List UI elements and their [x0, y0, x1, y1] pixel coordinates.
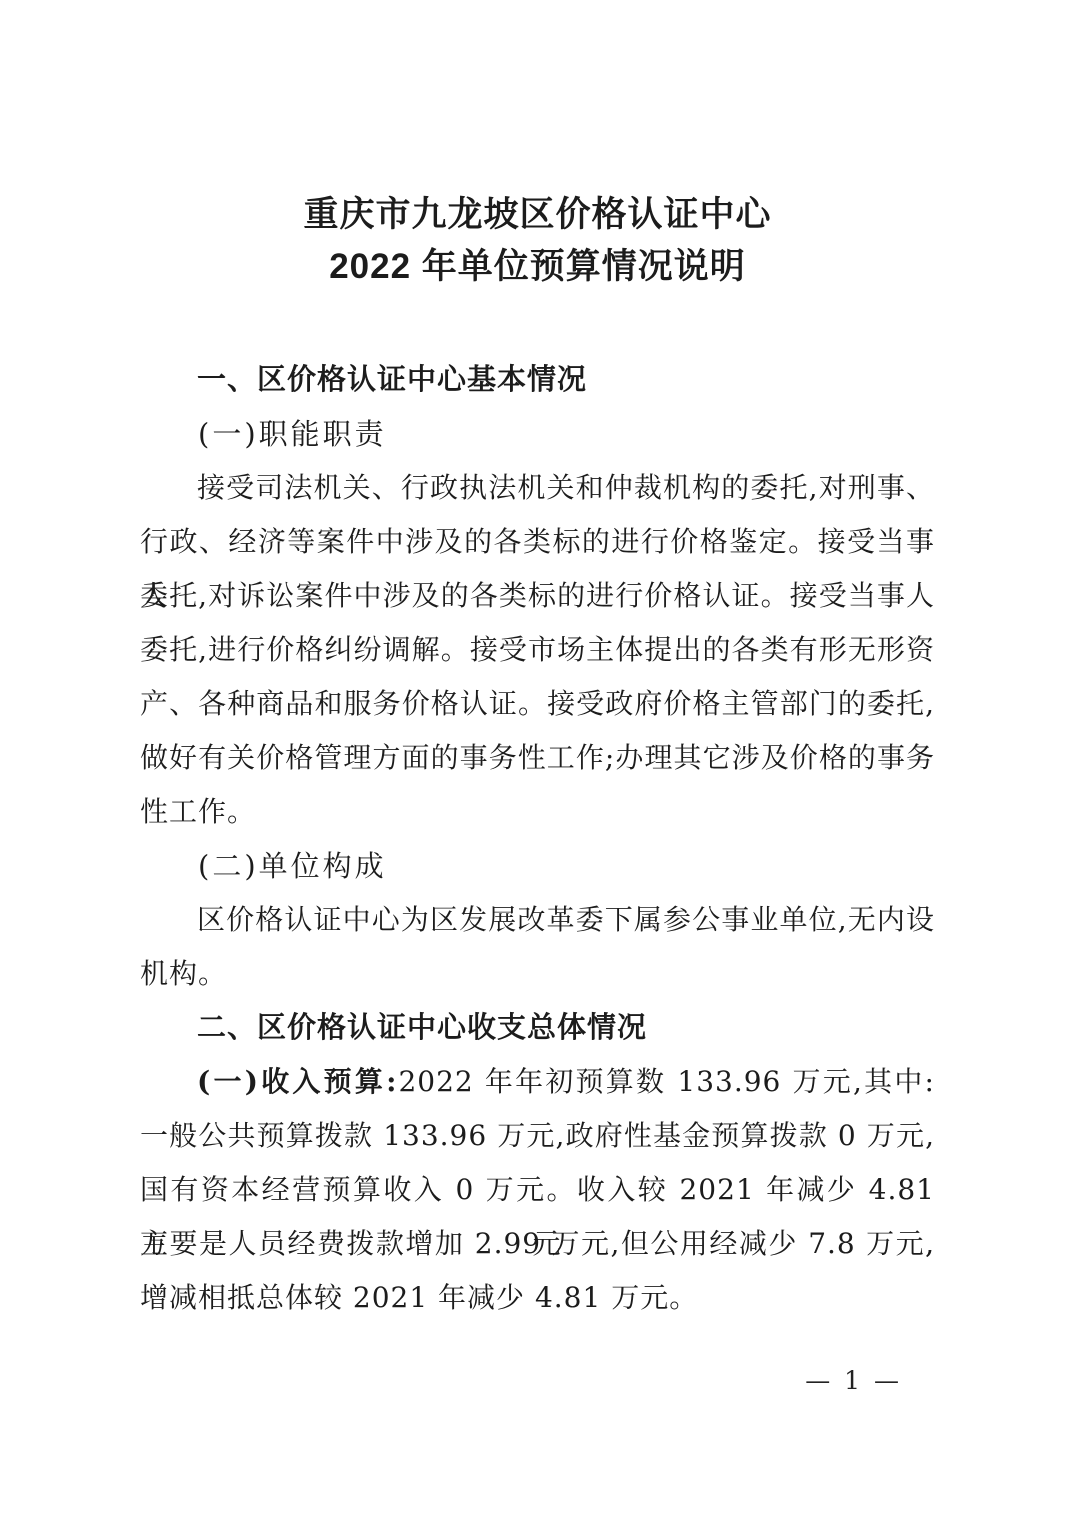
page-number: — 1 — [805, 1366, 902, 1395]
para-line: 区价格认证中心为区发展改革委下属参公事业单位,无内设 [140, 893, 935, 947]
para-line: 做好有关价格管理方面的事务性工作;办理其它涉及价格的事务 [140, 731, 935, 785]
section-1-sub-2-heading: (二)单位构成 [140, 839, 935, 893]
document-content: 重庆市九龙坡区价格认证中心 2022 年单位预算情况说明 一、区价格认证中心基本… [140, 0, 935, 1325]
para-line: 委托,对诉讼案件中涉及的各类标的进行价格认证。接受当事人 [140, 569, 935, 623]
para-line: 接受司法机关、行政执法机关和仲裁机构的委托,对刑事、 [140, 461, 935, 515]
section-1-heading: 一、区价格认证中心基本情况 [140, 353, 935, 407]
document-title: 重庆市九龙坡区价格认证中心 2022 年单位预算情况说明 [140, 0, 935, 293]
para-line: 行政、经济等案件中涉及的各类标的进行价格鉴定。接受当事人 [140, 515, 935, 569]
document-title-line-2: 2022 年单位预算情况说明 [140, 241, 935, 293]
para-line: 委托,进行价格纠纷调解。接受市场主体提出的各类有形无形资 [140, 623, 935, 677]
para-line: 增减相抵总体较 2021 年减少 4.81 万元。 [140, 1271, 935, 1325]
para-line: 产、各种商品和服务价格认证。接受政府价格主管部门的委托, [140, 677, 935, 731]
document-body: 一、区价格认证中心基本情况 (一)职能职责 接受司法机关、行政执法机关和仲裁机构… [140, 353, 935, 1325]
document-page: 重庆市九龙坡区价格认证中心 2022 年单位预算情况说明 一、区价格认证中心基本… [0, 0, 1074, 1520]
para-line: 国有资本经营预算收入 0 万元。收入较 2021 年减少 4.81 万元, [140, 1163, 935, 1217]
section-2-heading: 二、区价格认证中心收支总体情况 [140, 1001, 935, 1055]
para-line: 性工作。 [140, 785, 935, 839]
para-line: 一般公共预算拨款 133.96 万元,政府性基金预算拨款 0 万元, [140, 1109, 935, 1163]
para-line: 机构。 [140, 947, 935, 1001]
income-budget-label: (一)收入预算: [197, 1065, 398, 1098]
section-1-sub-1-heading: (一)职能职责 [140, 407, 935, 461]
para-line: 主要是人员经费拨款增加 2.99 万元,但公用经减少 7.8 万元, [140, 1217, 935, 1271]
income-budget-text: 2022 年年初预算数 133.96 万元,其中: [398, 1065, 935, 1098]
document-title-line-1: 重庆市九龙坡区价格认证中心 [140, 189, 935, 241]
para-line: (一)收入预算:2022 年年初预算数 133.96 万元,其中: [140, 1055, 935, 1109]
